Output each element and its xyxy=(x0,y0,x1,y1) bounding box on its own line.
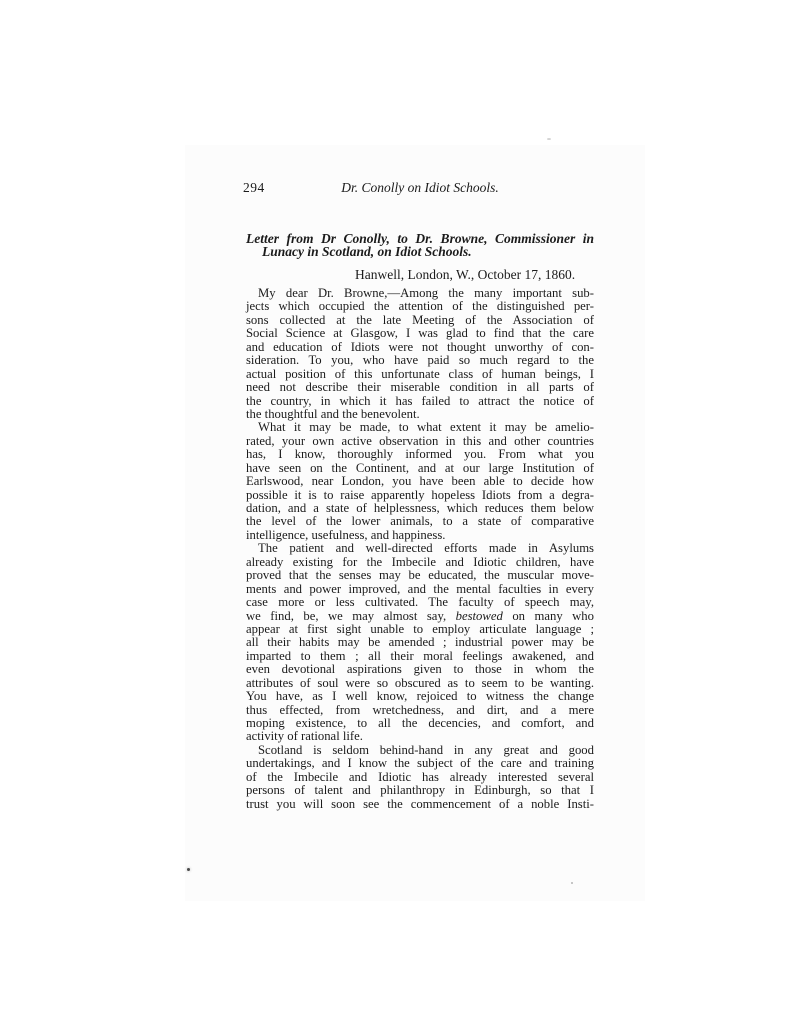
body-line: The patient and well-directed efforts ma… xyxy=(246,542,594,555)
body-line: the thoughtful and the benevolent. xyxy=(246,408,594,421)
body-line: Scotland is seldom behind-hand in any gr… xyxy=(246,744,594,757)
body-line: of the Imbecile and Idiotic has already … xyxy=(246,771,594,784)
body-line: already existing for the Imbecile and Id… xyxy=(246,556,594,569)
body-line: intelligence, usefulness, and happiness. xyxy=(246,529,594,542)
body-line: sons collected at the late Meeting of th… xyxy=(246,314,594,327)
letter-heading-line2: Lunacy in Scotland, on Idiot Schools. xyxy=(246,244,594,259)
page-header: 294 Dr. Conolly on Idiot Schools. xyxy=(246,180,594,196)
body-line: need not describe their miserable condit… xyxy=(246,381,594,394)
ink-speck xyxy=(547,138,551,140)
body-line: attributes of soul were so obscured as t… xyxy=(246,677,594,690)
body-line: thus effected, from wretchedness, and di… xyxy=(246,704,594,717)
body-line: My dear Dr. Browne,—Among the many impor… xyxy=(246,287,594,300)
body-line: the country, in which it has failed to a… xyxy=(246,395,594,408)
running-title: Dr. Conolly on Idiot Schools. xyxy=(246,180,594,196)
body-line: dation, and a state of helplessness, whi… xyxy=(246,502,594,515)
paragraph: My dear Dr. Browne,—Among the many impor… xyxy=(246,287,594,421)
body-line: case more or less cultivated. The facult… xyxy=(246,596,594,609)
body-line: activity of rational life. xyxy=(246,730,594,743)
ink-speck xyxy=(571,882,573,884)
body-line: What it may be made, to what extent it m… xyxy=(246,421,594,434)
body-line: imparted to them ; all their moral feeli… xyxy=(246,650,594,663)
body-line: all their habits may be amended ; indust… xyxy=(246,636,594,649)
page-number: 294 xyxy=(243,180,265,196)
body-line: moping existence, to all the decencies, … xyxy=(246,717,594,730)
body-line: the level of the lower animals, to a sta… xyxy=(246,515,594,528)
body-line: ments and power improved, and the mental… xyxy=(246,583,594,596)
paragraph: The patient and well-directed efforts ma… xyxy=(246,542,594,744)
body-line: we find, be, we may almost say, bestowed… xyxy=(246,610,594,623)
body-line: persons of talent and philanthropy in Ed… xyxy=(246,784,594,797)
body-line: rated, your own active observation in th… xyxy=(246,435,594,448)
ink-speck xyxy=(187,868,190,871)
paragraph: What it may be made, to what extent it m… xyxy=(246,421,594,542)
body-line: actual position of this unfortunate clas… xyxy=(246,368,594,381)
body-line: and education of Idiots were not thought… xyxy=(246,341,594,354)
body-line: You have, as I well know, rejoiced to wi… xyxy=(246,690,594,703)
dateline: Hanwell, London, W., October 17, 1860. xyxy=(246,267,594,282)
body-line: proved that the senses may be educated, … xyxy=(246,569,594,582)
body-line: undertakings, and I know the subject of … xyxy=(246,757,594,770)
body-line: even devotional aspirations given to tho… xyxy=(246,663,594,676)
letter-heading: Letter from Dr Conolly, to Dr. Browne, C… xyxy=(246,231,594,259)
body-line: appear at first sight unable to employ a… xyxy=(246,623,594,636)
paragraph: Scotland is seldom behind-hand in any gr… xyxy=(246,744,594,811)
letter-body: My dear Dr. Browne,—Among the many impor… xyxy=(246,287,594,811)
body-line: possible it is to raise apparently hopel… xyxy=(246,489,594,502)
body-line: has, I know, thoroughly informed you. Fr… xyxy=(246,448,594,461)
body-line: Social Science at Glasgow, I was glad to… xyxy=(246,327,594,340)
body-line: sideration. To you, who have paid so muc… xyxy=(246,354,594,367)
letter-heading-line1: Letter from Dr Conolly, to Dr. Browne, C… xyxy=(246,231,594,244)
body-line: trust you will soon see the commencement… xyxy=(246,798,594,811)
body-line: jects which occupied the attention of th… xyxy=(246,300,594,313)
body-line: Earlswood, near London, you have been ab… xyxy=(246,475,594,488)
body-line: have seen on the Continent, and at our l… xyxy=(246,462,594,475)
